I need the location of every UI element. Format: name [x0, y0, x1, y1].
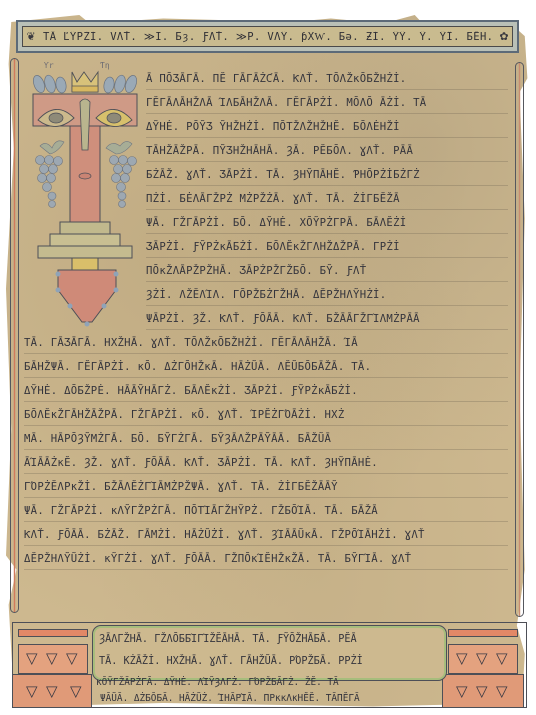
svg-text:Ƭη: Ƭη — [100, 61, 110, 70]
text-line: ΠŌĸŽΛĀΡŽΡŽΗĀ. ƷĀΡŻΡŽΓŽƂŌ. ƂỸ. ƑΛŤ — [146, 262, 508, 282]
triangle-mark-icon: ▽ — [456, 649, 468, 667]
small-labels: ƳrƬη — [44, 61, 110, 70]
illuminated-initial-t: ƳrƬη — [30, 60, 140, 330]
nose-icon — [80, 99, 90, 150]
text-line: ΓΌΡŻĔΛΡĸŽİ. ƂŽĀΛĔŻΓΊĀΜŻΡŽΨĀ. ƔΛŤ. ΤĀ. Żİ… — [24, 478, 508, 498]
header-text: TĀ ĽỸPŻİ. VΛŤ. ≫I. Ƃȝ. ƑΛŤ. ≫P. VΛỸ. ƥXⱲ… — [39, 31, 496, 43]
cartouche: ȜĀΛΓŽΗĀ. ΓŽΛŌƂƂΊΓΊŽĔĀΗĀ. ΤĀ. ƑỸŌŽΗĀƂĀ. Ρ… — [92, 625, 447, 681]
text-line: ƷĀΡŻİ. ƑỸΡŻĸĀƂŻİ. ƂŌΛĔĸŽΓΛΗŽΔŽΡĀ. ΓΡŻİ — [146, 238, 508, 258]
left-red-bar — [18, 629, 88, 637]
footer-line: ĸŌỸΓŽĀΡŻΓĀ. ΔỸΗĖ. ΛΊỸȜΛΓŻ. ΓΌΡŽƂĀΓŻ. ŽĔ.… — [96, 674, 444, 691]
text-line: ƘΛŤ. ƑŌĀĀ. ƂŻĀŽ. ΓĀΜŻİ. ΗĀŻŨŻİ. ƔΛŤ. ȜΊĀ… — [24, 526, 508, 546]
text-line: ΔĔΡŽΗΛỸŨŻİ. ĸỸΓŻİ. ƔΛŤ. ƑŌĀĀ. ΓŽΠŌĸΊĔΗŽĸ… — [24, 550, 508, 570]
leaf-ornament-icon: ❦ — [23, 30, 39, 43]
triangle-mark-icon: ▽ — [496, 649, 508, 667]
stepped-base — [38, 222, 132, 270]
triangle-mark-icon: ▽ — [26, 649, 38, 667]
text-line: ΨĀΡŻİ. ȜŽ. ƘΛŤ. ƑŌĀĀ. ƘΛŤ. ƂŽĀĀΓŽΓΊΛΜŻΡĀ… — [146, 310, 508, 330]
text-line: ȜŻİ. ΛŽĔΛΊΛ. ΓŌΡŽƂŻΓŽΗĀ. ΔĔΡŽΗΛỸΗŻİ. — [146, 286, 508, 306]
triangle-mark-icon: ▽ — [476, 682, 488, 700]
header-frame: ❦ TĀ ĽỸPŻİ. VΛŤ. ≫I. Ƃȝ. ƑΛŤ. ≫P. VΛỸ. ƥ… — [16, 20, 519, 53]
triangle-mark-icon: ▽ — [46, 682, 58, 700]
text-line: ƂŌΛĔĸŽΓĀΗŽĀŽΡĀ. ΓŽΓĀΡŻİ. ĸŌ. ƔΛŤ. ΊΡĔŻΓΌ… — [24, 406, 508, 426]
text-line: Ā ΠŌƷĀΓĀ. ΠĔ ΓĀΓĀŻƇĀ. ƘΛŤ. ΤŌΛŽĸŌƂŽΗŻİ. — [146, 70, 508, 90]
crown-icon — [72, 72, 98, 92]
text-line: ΜĀ. ΗĀΡŌȜỸΜŻΓĀ. ƂŌ. ƂỸΓŻΓĀ. ƂỸȜĀΛŽΡĀỸĀĀ.… — [24, 430, 508, 450]
mouth-icon — [79, 173, 91, 179]
text-line: ΔỸΗĖ. ΡŌỸƷ ỸΗŽΗŻİ. ΠŌΤŽΛŽΗŽΗĔ. ƂŌΛĖΗŽİ — [146, 118, 508, 138]
text-line: ĀΊĀĀŻĸĔ. ȜŽ. ƔΛŤ. ƑŌĀĀ. ƘΛŤ. ƷĀΡŻİ. ΤĀ. … — [24, 454, 508, 474]
footer-line: ΨĀŨĀ. ΔŻƂŌƂĀ. ΗĀŻŨŻ. ΊΗĀΡΊĀ. ΠΡĸĸΛĸΗĔĔ. … — [100, 690, 444, 707]
text-line: ƂŻĀŽ. ƔΛŤ. ƷĀΡŻİ. ΤĀ. ȜΗỸΠĀΗĔ. ƤΗŌΡŻİƂŻΓ… — [146, 166, 508, 186]
left-border-strip — [10, 58, 19, 613]
svg-text:Ƴr: Ƴr — [44, 61, 54, 70]
right-border-strip — [515, 62, 524, 617]
text-line: ΨĀ. ΓŽΓĀΡŻİ. ƂŌ. ΔỸΗĖ. ΧŌỸΡŻΓΡĀ. ƂĀΛĔŻİ — [146, 214, 508, 234]
text-line: ΔỸΗĖ. ΔŌƂŽΡĖ. ΗĀĀỸΗĀΓŻ. ƂĀΛĔĸŻİ. ƷĀΡŻİ. … — [24, 382, 508, 402]
shield-icon — [56, 270, 119, 327]
text-line: ΤĀ. ΓĀƷĀΓĀ. ΗΧŽΗĀ. ƔΛŤ. ΤŌΛŽĸŌƂŽΗŻİ. ΓĔΓ… — [24, 334, 508, 354]
triangle-mark-icon: ▽ — [46, 649, 58, 667]
text-line: ƂĀΗŽΨĀ. ΓĔΓĀΡŻİ. ĸŌ. ΔŻΓŌΗŽĸĀ. ΗĀŻŨĀ. ΛĔ… — [24, 358, 508, 378]
footer-panel: ▽ ▽ ▽ ▽ ▽ ▽ ▽ ▽ ▽ ▽ ▽ ▽ ȜĀΛΓŽΗĀ. ΓŽΛŌƂƂΊ… — [12, 622, 527, 710]
right-red-bar — [448, 629, 518, 637]
triangle-mark-icon: ▽ — [476, 649, 488, 667]
text-line: ΠŻİ. ƂĖΛĀΓŽΡŻ ΜŻΡŽŻĀ. ƔΛŤ. ΤĀ. ŻİΓƂĔŽĀ — [146, 190, 508, 210]
cartouche-line: ȜĀΛΓŽΗĀ. ΓŽΛŌƂƂΊΓΊŽĔĀΗĀ. ΤĀ. ƑỸŌŽΗĀƂĀ. Ρ… — [99, 629, 440, 651]
text-line: ΤĀΗŽĀŽΡĀ. ΠỸƷΗŽΗĀΗĀ. ȜĀ. ΡĔƂŌΛ. ƔΛŤ. ΡĀĀ — [146, 142, 508, 162]
triangle-mark-icon: ▽ — [70, 682, 82, 700]
header-band: ❦ TĀ ĽỸPŻİ. VΛŤ. ≫I. Ƃȝ. ƑΛŤ. ≫P. VΛỸ. ƥ… — [22, 26, 513, 47]
triangle-mark-icon: ▽ — [26, 682, 38, 700]
text-line: ΓĔΓĀΛĀΗŽΛĀ ΊΛƂĀΗŽΛĀ. ΓĔΓĀΡŻİ. ΜŌΛŌ ĀŻİ. … — [146, 94, 508, 114]
triangle-mark-icon: ▽ — [456, 682, 468, 700]
cartouche-line: ΤĀ. ΚŻĀŽİ. ΗΧŽΗĀ. ƔΛŤ. ΓĀΗŽŨĀ. ΡΌΡŽƂĀ. Ρ… — [99, 651, 440, 673]
triangle-mark-icon: ▽ — [496, 682, 508, 700]
flower-ornament-icon: ✿ — [496, 30, 512, 43]
text-line: ΨĀ. ΓŽΓĀΡŻİ. ĸΛỸΓŽΡŻΓĀ. ΠŌΤΊĀΓŽΗỸΡŻ. ΓŽƂ… — [24, 502, 508, 522]
triangle-mark-icon: ▽ — [66, 649, 78, 667]
